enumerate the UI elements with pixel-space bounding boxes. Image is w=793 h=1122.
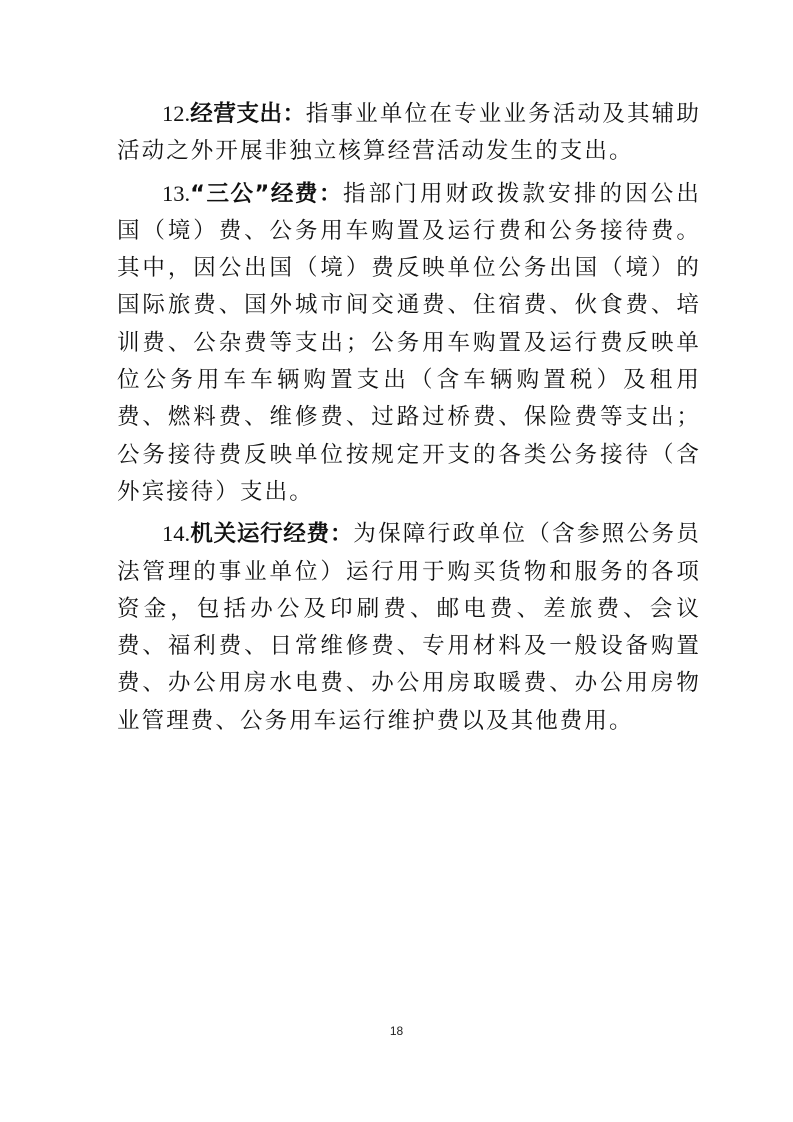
- definition-paragraph-13: 13.“三公”经费：指部门用财政拨款安排的因公出国（境）费、公务用车购置及运行费…: [117, 175, 701, 512]
- term-heading: 13.“三公”经费：: [162, 181, 343, 207]
- term-number: 12.: [162, 101, 190, 126]
- term-heading: 14.机关运行经费：: [162, 521, 353, 547]
- term-definition: 为保障行政单位（含参照公务员法管理的事业单位）运行用于购买货物和服务的各项资金，…: [117, 521, 701, 733]
- term-number: 14.: [162, 521, 190, 546]
- definition-paragraph-12: 12.经营支出：指事业单位在专业业务活动及其辅助活动之外开展非独立核算经营活动发…: [117, 95, 701, 171]
- term-number: 13.: [162, 181, 190, 206]
- page-number: 18: [0, 1024, 793, 1038]
- term-heading: 12.经营支出：: [162, 101, 306, 127]
- document-body: 12.经营支出：指事业单位在专业业务活动及其辅助活动之外开展非独立核算经营活动发…: [117, 95, 701, 744]
- term-label: 经营支出：: [190, 101, 306, 127]
- term-label: 机关运行经费：: [190, 521, 353, 547]
- term-definition: 指部门用财政拨款安排的因公出国（境）费、公务用车购置及运行费和公务接待费。其中，…: [117, 181, 701, 505]
- term-label: “三公”经费：: [190, 181, 343, 207]
- definition-paragraph-14: 14.机关运行经费：为保障行政单位（含参照公务员法管理的事业单位）运行用于购买货…: [117, 515, 701, 740]
